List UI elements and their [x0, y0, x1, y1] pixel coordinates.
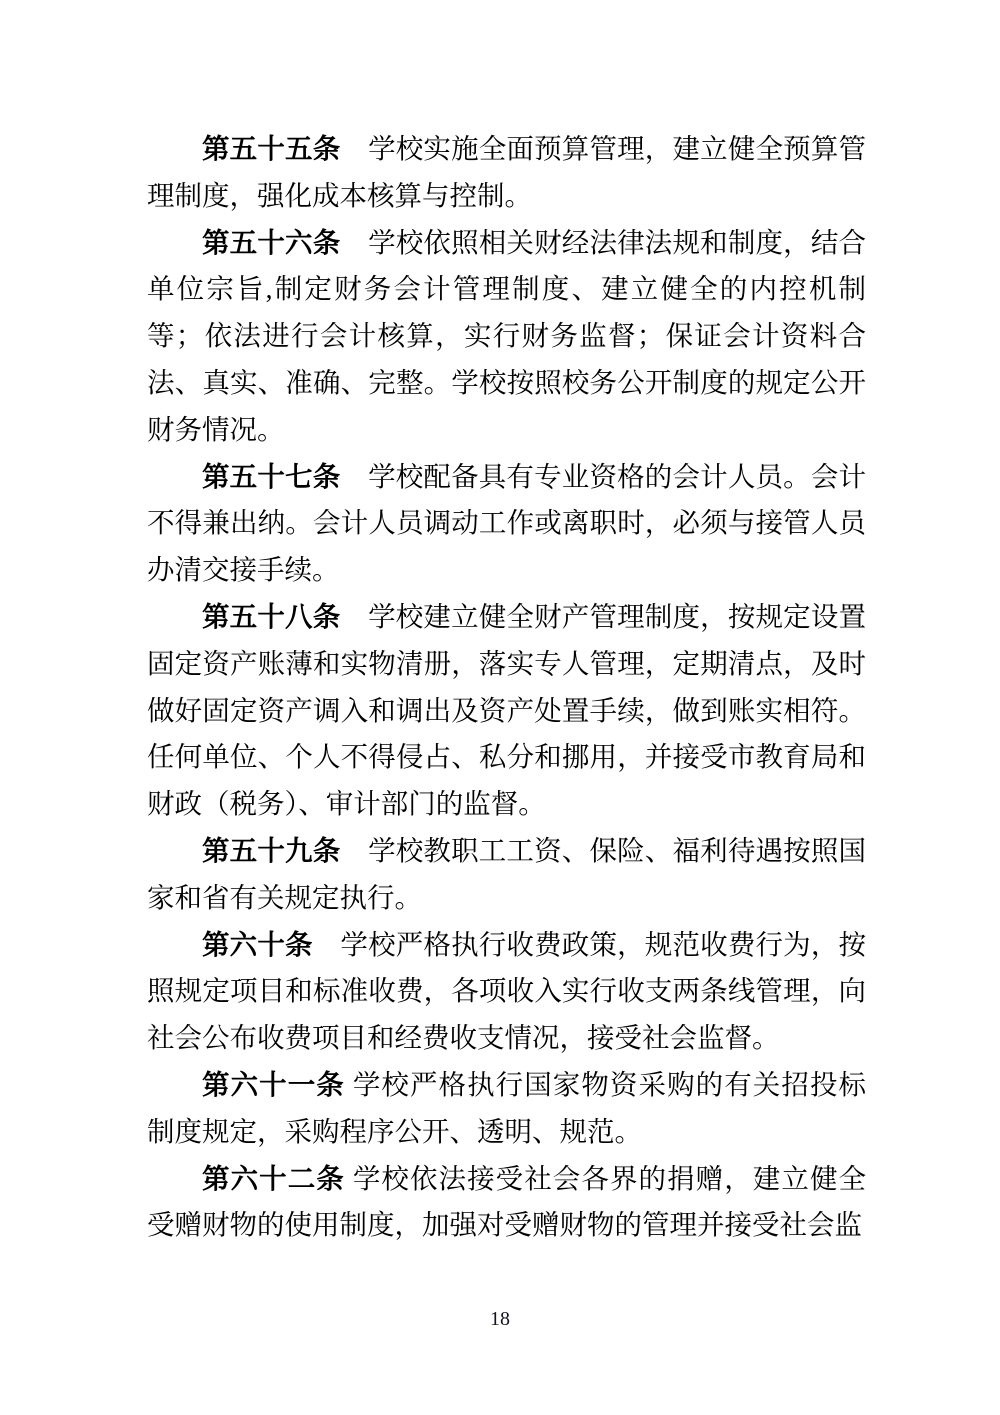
article-separator [340, 227, 368, 258]
article-62: 第六十二条 学校依法接受社会各界的捐赠，建立健全受赠财物的使用制度，加强对受赠财… [147, 1156, 866, 1250]
article-separator [340, 461, 368, 492]
article-separator [340, 601, 368, 632]
article-separator [345, 1069, 353, 1100]
article-57: 第五十七条 学校配备具有专业资格的会计人员。会计不得兼出纳。会计人员调动工作或离… [147, 454, 866, 594]
article-55: 第五十五条 学校实施全面预算管理，建立健全预算管理制度，强化成本核算与控制。 [147, 126, 866, 220]
article-separator [340, 133, 368, 164]
document-page: 第五十五条 学校实施全面预算管理，建立健全预算管理制度，强化成本核算与控制。第五… [0, 0, 1000, 1415]
article-59: 第五十九条 学校教职工工资、保险、福利待遇按照国家和省有关规定执行。 [147, 828, 866, 922]
article-number: 第五十九条 [202, 835, 340, 866]
article-58: 第五十八条 学校建立健全财产管理制度，按规定设置固定资产账薄和实物清册，落实专人… [147, 594, 866, 828]
article-separator [313, 929, 341, 960]
article-56: 第五十六条 学校依照相关财经法律法规和制度，结合单位宗旨,制定财务会计管理制度、… [147, 220, 866, 454]
page-number: 18 [0, 1306, 1000, 1332]
article-number: 第六十一条 [202, 1069, 345, 1100]
article-60: 第六十条 学校严格执行收费政策，规范收费行为，按照规定项目和标准收费，各项收入实… [147, 922, 866, 1062]
article-text: 学校依照相关财经法律法规和制度，结合单位宗旨,制定财务会计管理制度、建立健全的内… [147, 227, 866, 445]
article-number: 第五十七条 [202, 461, 340, 492]
article-number: 第六十条 [202, 929, 313, 960]
article-number: 第六十二条 [202, 1163, 345, 1194]
article-number: 第五十五条 [202, 133, 340, 164]
article-separator [345, 1163, 353, 1194]
document-body: 第五十五条 学校实施全面预算管理，建立健全预算管理制度，强化成本核算与控制。第五… [147, 126, 866, 1249]
article-61: 第六十一条 学校严格执行国家物资采购的有关招投标制度规定，采购程序公开、透明、规… [147, 1062, 866, 1156]
article-number: 第五十八条 [202, 601, 340, 632]
article-number: 第五十六条 [202, 227, 340, 258]
article-text: 学校建立健全财产管理制度，按规定设置固定资产账薄和实物清册，落实专人管理，定期清… [147, 601, 866, 819]
article-separator [340, 835, 368, 866]
